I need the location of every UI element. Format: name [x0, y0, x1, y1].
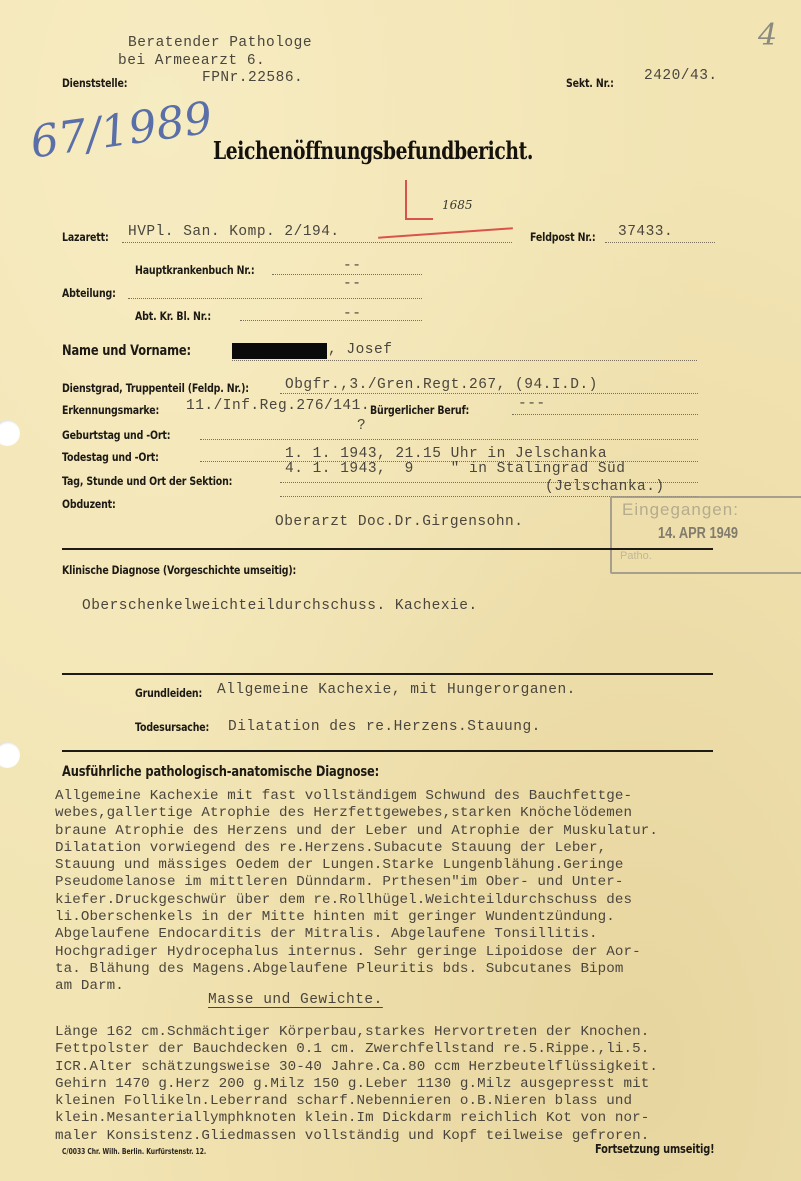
obduzent-label: Obduzent: — [62, 497, 116, 511]
todesursache-value: Dilatation des re.Herzens.Stauung. — [228, 719, 541, 735]
abteilung-dotted-line — [128, 298, 422, 299]
measurement-line: ICR.Alter schätzungsweise 30-40 Jahre.Ca… — [55, 1059, 658, 1076]
feldpost-value: 37433. — [618, 224, 673, 240]
measurement-line: maler Konsistenz.Gliedmassen vollständig… — [55, 1128, 658, 1145]
detailed-diagnosis-label: Ausführliche pathologisch-anatomische Di… — [62, 764, 379, 780]
todestag-value: 1. 1. 1943, 21.15 Uhr in Jelschanka — [285, 446, 607, 462]
measurement-line: Fettpolster der Bauchdecken 0.1 cm. Zwer… — [55, 1041, 658, 1058]
diagnosis-line: webes,gallertige Atrophie des Herzfettge… — [55, 805, 658, 822]
punch-hole — [0, 420, 20, 446]
measurement-line: Gehirn 1470 g.Herz 200 g.Milz 150 g.Lebe… — [55, 1076, 658, 1093]
sekt-nr-label: Sekt. Nr.: — [566, 76, 614, 90]
erkennungsmarke-value: 11./Inf.Reg.276/141. — [186, 398, 370, 414]
red-l-mark — [405, 180, 433, 220]
diagnosis-line: Abgelaufene Endocarditis der Mitralis. A… — [55, 926, 658, 943]
lazarett-value: HVPl. San. Komp. 2/194. — [128, 224, 340, 240]
diagnosis-line: ta. Blähung des Magens.Abgelaufene Pleur… — [55, 961, 658, 978]
punch-hole — [0, 742, 20, 768]
diagnosis-line: braune Atrophie des Herzens und der Lebe… — [55, 823, 658, 840]
diagnosis-line: Allgemeine Kachexie mit fast vollständig… — [55, 788, 658, 805]
dienstgrad-value: Obgfr.,3./Gren.Regt.267, (94.I.D.) — [285, 377, 598, 393]
diagnosis-line: Hochgradiger Hydrocephalus internus. Seh… — [55, 944, 658, 961]
stamp-received-label: Eingegangen: — [622, 500, 739, 520]
dienstgrad-dotted-line — [280, 393, 698, 394]
obduzent-value: Oberarzt Doc.Dr.Girgensohn. — [275, 514, 523, 530]
beruf-value: --- — [518, 396, 546, 412]
masse-text: Länge 162 cm.Schmächtiger Körperbau,star… — [55, 1024, 658, 1145]
name-dotted-line — [232, 360, 697, 361]
abt-kr-bl-label: Abt. Kr. Bl. Nr.: — [135, 309, 211, 323]
archive-number-text: 67/1989 — [27, 93, 215, 169]
sekt-nr-value: 2420/43. — [644, 68, 718, 84]
abteilung-label: Abteilung: — [62, 286, 116, 300]
sektion-label: Tag, Stunde und Ort der Sektion: — [62, 474, 232, 488]
diagnosis-line: Dilatation vorwiegend des re.Herzens.Sub… — [55, 840, 658, 857]
abteilung-value: -- — [343, 276, 361, 292]
lazarett-dotted-line — [122, 242, 512, 243]
diagnosis-line: kiefer.Druckgeschwür über dem re.Rollhüg… — [55, 892, 658, 909]
measurement-line: Länge 162 cm.Schmächtiger Körperbau,star… — [55, 1024, 658, 1041]
printer-imprint: C/0033 Chr. Wilh. Berlin. Kurfürstenstr.… — [62, 1147, 206, 1156]
measurement-line: kleinen Follikeln.Leberrand scharf.Neben… — [55, 1093, 658, 1110]
todestag-label: Todestag und -Ort: — [62, 450, 159, 464]
beruf-dotted-line — [512, 414, 698, 415]
red-mark-note: 1685 — [442, 198, 473, 212]
section-divider — [62, 548, 713, 550]
name-label: Name und Vorname: — [62, 343, 191, 359]
feldpost-label: Feldpost Nr.: — [530, 230, 595, 244]
stamp-dept: Patho. — [620, 550, 652, 562]
geburtstag-value: ? — [357, 418, 366, 434]
continued-overleaf: Fortsetzung umseitig! — [595, 1142, 714, 1156]
section-divider — [62, 750, 713, 752]
erkennungsmarke-label: Erkennungsmarke: — [62, 403, 159, 417]
stamp-date: 14. APR 1949 — [658, 525, 738, 543]
masse-heading: Masse und Gewichte. — [208, 992, 383, 1008]
hauptkrankenbuch-value: -- — [343, 258, 361, 274]
dienststelle-value: FPNr.22586. — [202, 70, 303, 86]
measurement-line: klein.Mesanteriallymphknoten klein.Im Di… — [55, 1110, 658, 1127]
redacted-surname — [232, 343, 327, 359]
detailed-diagnosis-text: Allgemeine Kachexie mit fast vollständig… — [55, 788, 658, 996]
diagnosis-line: Pseudomelanose im mittleren Dünndarm. Pr… — [55, 874, 658, 891]
document-title: Leichenöffnungsbefundbericht. — [213, 136, 533, 165]
geburtstag-label: Geburtstag und -Ort: — [62, 428, 170, 442]
clinical-diagnosis-label: Klinische Diagnose (Vorgeschichte umseit… — [62, 563, 296, 577]
beruf-label: Bürgerlicher Beruf: — [370, 403, 469, 417]
lazarett-label: Lazarett: — [62, 230, 109, 244]
clinical-diagnosis-value: Oberschenkelweichteildurchschuss. Kachex… — [82, 598, 478, 614]
sektion-value-line2: (Jelschanka.) — [545, 479, 665, 495]
red-underline — [378, 227, 513, 238]
hauptkrankenbuch-dotted-line — [272, 274, 422, 275]
feldpost-dotted-line — [605, 242, 715, 243]
todesursache-label: Todesursache: — [135, 720, 209, 734]
abt-kr-bl-dotted-line — [240, 320, 422, 321]
corner-pencil-mark: 4 — [758, 18, 777, 53]
office-line-1: Beratender Pathologe — [128, 35, 312, 51]
sektion-value-line1: 4. 1. 1943, 9 " in Stalingrad Süd — [285, 461, 625, 477]
received-stamp: Eingegangen: 14. APR 1949 Patho. — [610, 496, 801, 574]
name-value: , Josef — [328, 342, 392, 358]
hauptkrankenbuch-label: Hauptkrankenbuch Nr.: — [135, 263, 255, 277]
office-line-2: bei Armeearzt 6. — [118, 53, 265, 69]
dienstgrad-label: Dienstgrad, Truppenteil (Feldp. Nr.): — [62, 381, 249, 395]
grundleiden-value: Allgemeine Kachexie, mit Hungerorganen. — [217, 682, 576, 698]
abt-kr-bl-value: -- — [343, 306, 361, 322]
dienststelle-label: Dienststelle: — [62, 76, 127, 90]
diagnosis-line: li.Oberschenkels in der Mitte hinten mit… — [55, 909, 658, 926]
diagnosis-line: Stauung und mässiges Oedem der Lungen.St… — [55, 857, 658, 874]
handwritten-archive-number: 67/1989 — [27, 93, 215, 169]
grundleiden-label: Grundleiden: — [135, 686, 202, 700]
section-divider — [62, 673, 713, 675]
geburtstag-dotted-line — [200, 439, 698, 440]
